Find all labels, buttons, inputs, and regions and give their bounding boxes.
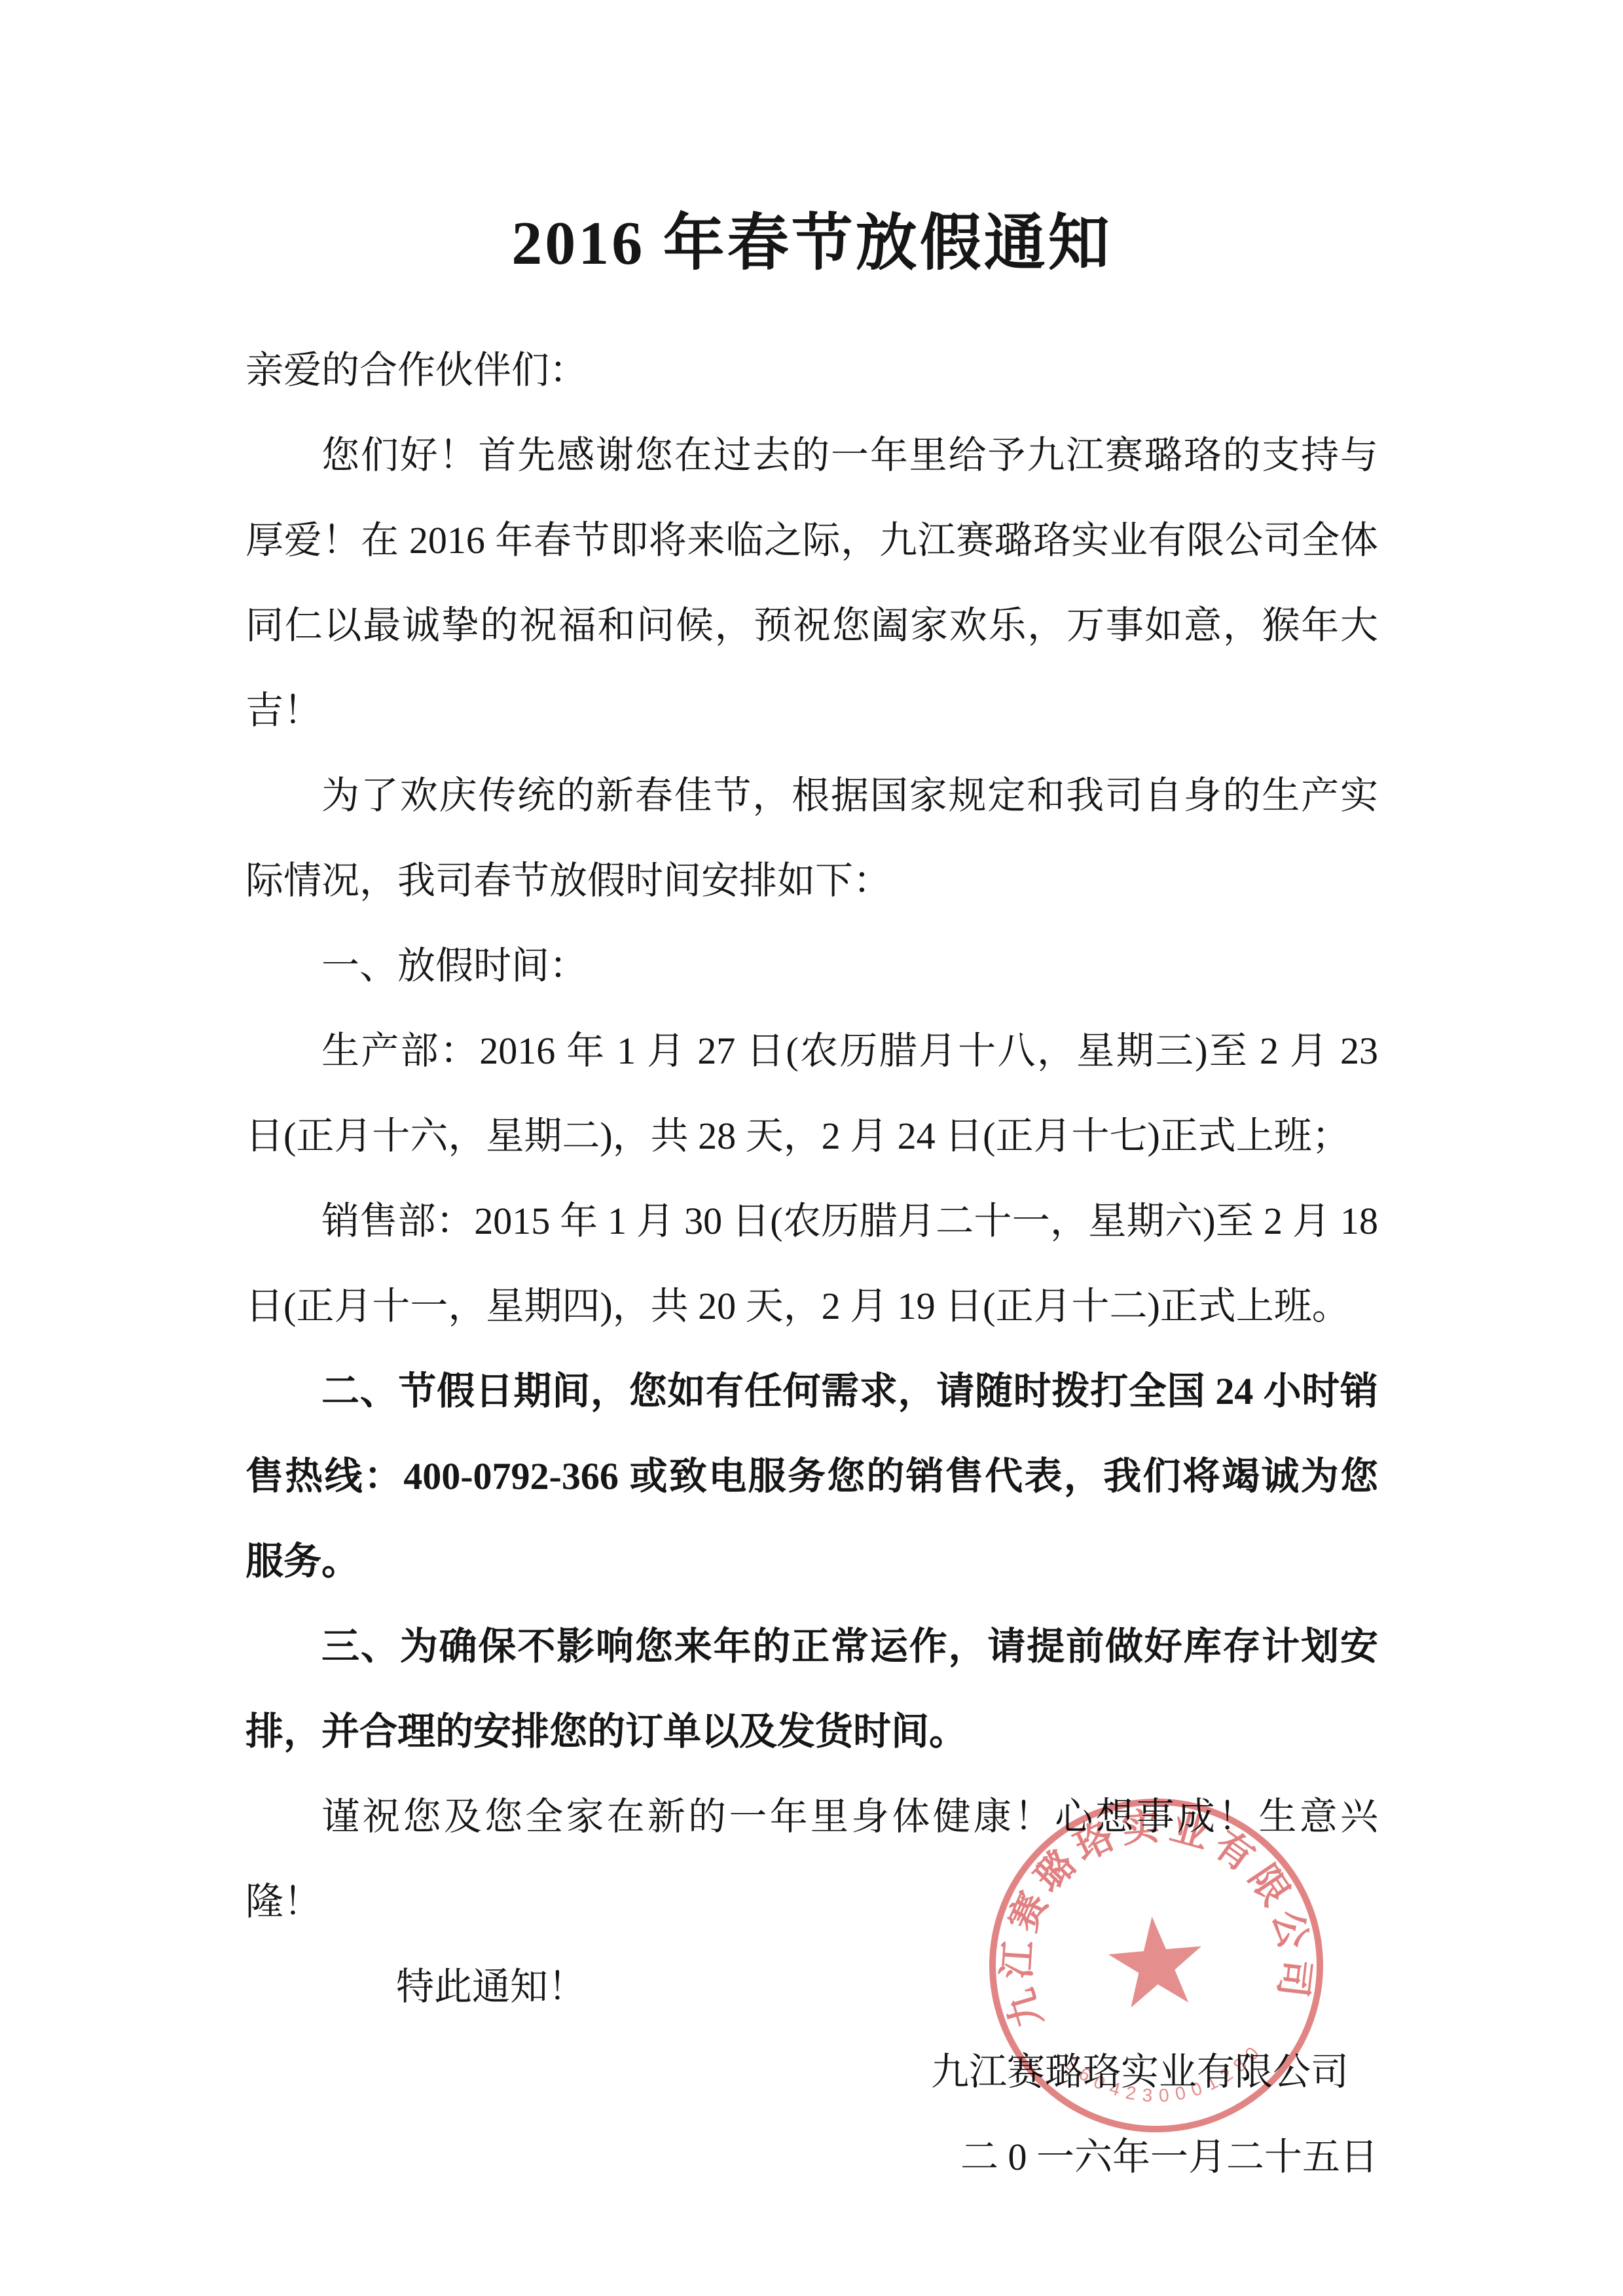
salutation: 亲爱的合作伙伴们： — [246, 328, 1378, 413]
para-production-dept-schedule: 生产部：2016 年 1 月 27 日(农历腊月十八，星期三)至 2 月 23 … — [246, 1009, 1378, 1179]
star-icon — [1105, 1912, 1206, 2009]
para-holiday-intro: 为了欢庆传统的新春佳节，根据国家规定和我司自身的生产实际情况，我司春节放假时间安… — [246, 753, 1378, 924]
company-seal: 九江赛璐珞实业有限公司 3604230001280 — [973, 1782, 1339, 2148]
notice-document-page: 2016 年春节放假通知 亲爱的合作伙伴们： 您们好！首先感谢您在过去的一年里给… — [0, 0, 1623, 2296]
seal-arc-text: 九江赛璐珞实业有限公司 — [981, 1792, 1321, 2033]
para-section-1-heading: 一、放假时间： — [246, 924, 1378, 1009]
para-thanks: 您们好！首先感谢您在过去的一年里给予九江赛璐珞的支持与厚爱！在 2016 年春节… — [246, 413, 1378, 753]
para-section-3-inventory: 三、为确保不影响您来年的正常运作，请提前做好库存计划安排，并合理的安排您的订单以… — [246, 1604, 1378, 1774]
para-sales-dept-schedule: 销售部：2015 年 1 月 30 日(农历腊月二十一，星期六)至 2 月 18… — [246, 1179, 1378, 1349]
para-section-2-hotline: 二、节假日期间，您如有任何需求，请随时拨打全国 24 小时销售热线：400-07… — [246, 1349, 1378, 1604]
page-title: 2016 年春节放假通知 — [246, 0, 1378, 279]
seal-company-arc: 九江赛璐珞实业有限公司 — [981, 1792, 1321, 2033]
